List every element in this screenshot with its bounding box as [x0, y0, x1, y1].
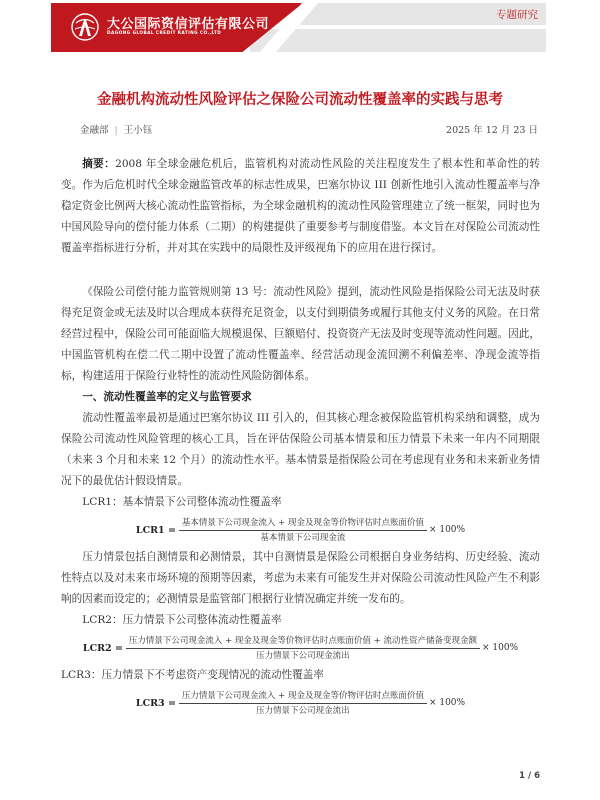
article-title: 金融机构流动性风险评估之保险公司流动性覆盖率的实践与思考	[0, 88, 600, 109]
formula-numerator: 压力情景下公司现金流入 + 现金及现金等价物评估时点账面价值	[179, 689, 427, 704]
formula-numerator: 压力情景下公司现金流入 + 现金及现金等价物评估时点账面价值 + 流动性资产储备…	[126, 634, 480, 649]
formula-fraction: 压力情景下公司现金流入 + 现金及现金等价物评估时点账面价值 + 流动性资产储备…	[126, 634, 480, 663]
section1-paragraph-1: 流动性覆盖率最初是通过巴塞尔协议 III 引入的，但其核心理念被保险监管机构采纳…	[61, 408, 540, 492]
formula-lhs: LCR1 =	[136, 520, 176, 541]
formula-fraction: 基本情景下公司现金流入 + 现金及现金等价物评估时点账面价值 基本情景下公司现金…	[179, 516, 427, 545]
abstract: 摘要：2008 年全球金融危机后，监管机构对流动性风险的关注程度发生了根本性和革…	[61, 154, 540, 259]
intro-paragraph: 《保险公司偿付能力监管规则第 13 号：流动性风险》提到，流动性风险是指保险公司…	[61, 282, 540, 387]
department: 金融部	[80, 125, 109, 136]
section1-paragraph-2: 压力情景包括自测情景和必测情景，其中自测情景是保险公司根据自身业务结构、历史经验…	[61, 547, 540, 610]
formula-label-lcr2: LCR2：压力情景下公司整体流动性覆盖率	[61, 610, 540, 631]
dagong-logo-icon	[70, 12, 100, 42]
author: 王小钰	[124, 125, 153, 136]
formula-lcr2: LCR2 = 压力情景下公司现金流入 + 现金及现金等价物评估时点账面价值 + …	[61, 634, 540, 663]
company-name-cn: 大公国际资信评估有限公司	[107, 13, 269, 32]
formula-multiplier: × 100%	[429, 520, 465, 541]
formula-numerator: 基本情景下公司现金流入 + 现金及现金等价物评估时点账面价值	[179, 516, 427, 531]
formula-denominator: 压力情景下公司现金流出	[256, 704, 350, 718]
publish-date: 2025 年 12 月 23 日	[446, 122, 538, 136]
formula-multiplier: × 100%	[482, 638, 518, 659]
abstract-text: 2008 年全球金融危机后，监管机构对流动性风险的关注程度发生了根本性和革命性的…	[61, 158, 540, 254]
formula-lhs: LCR3 =	[136, 693, 176, 714]
formula-label-lcr1: LCR1：基本情景下公司整体流动性覆盖率	[61, 492, 540, 513]
abstract-label: 摘要：	[82, 158, 115, 170]
formula-fraction: 压力情景下公司现金流入 + 现金及现金等价物评估时点账面价值 压力情景下公司现金…	[179, 689, 427, 718]
byline-separator: |	[115, 125, 118, 136]
formula-denominator: 压力情景下公司现金流出	[256, 649, 350, 663]
section-tag: 专题研究	[496, 7, 538, 22]
formula-label-lcr3: LCR3：压力情景下不考虑资产变现情况的流动性覆盖率	[61, 665, 540, 686]
page-indicator: 1 / 6	[519, 771, 540, 781]
formula-lcr3: LCR3 = 压力情景下公司现金流入 + 现金及现金等价物评估时点账面价值 压力…	[61, 689, 540, 718]
company-name-en: DAGONG GLOBAL CREDIT RATING CO.,LTD	[107, 31, 221, 36]
formula-lcr1: LCR1 = 基本情景下公司现金流入 + 现金及现金等价物评估时点账面价值 基本…	[61, 516, 540, 545]
header-gray-band-bottom	[250, 29, 546, 52]
formula-denominator: 基本情景下公司现金流	[260, 531, 345, 545]
section-heading: 一、流动性覆盖率的定义与监管要求	[61, 387, 540, 408]
formula-multiplier: × 100%	[429, 693, 465, 714]
formula-lhs: LCR2 =	[83, 638, 123, 659]
byline: 金融部|王小钰	[80, 122, 152, 136]
article-body: 《保险公司偿付能力监管规则第 13 号：流动性风险》提到，流动性风险是指保险公司…	[61, 282, 540, 720]
report-header: 大公国际资信评估有限公司 DAGONG GLOBAL CREDIT RATING…	[0, 0, 600, 56]
